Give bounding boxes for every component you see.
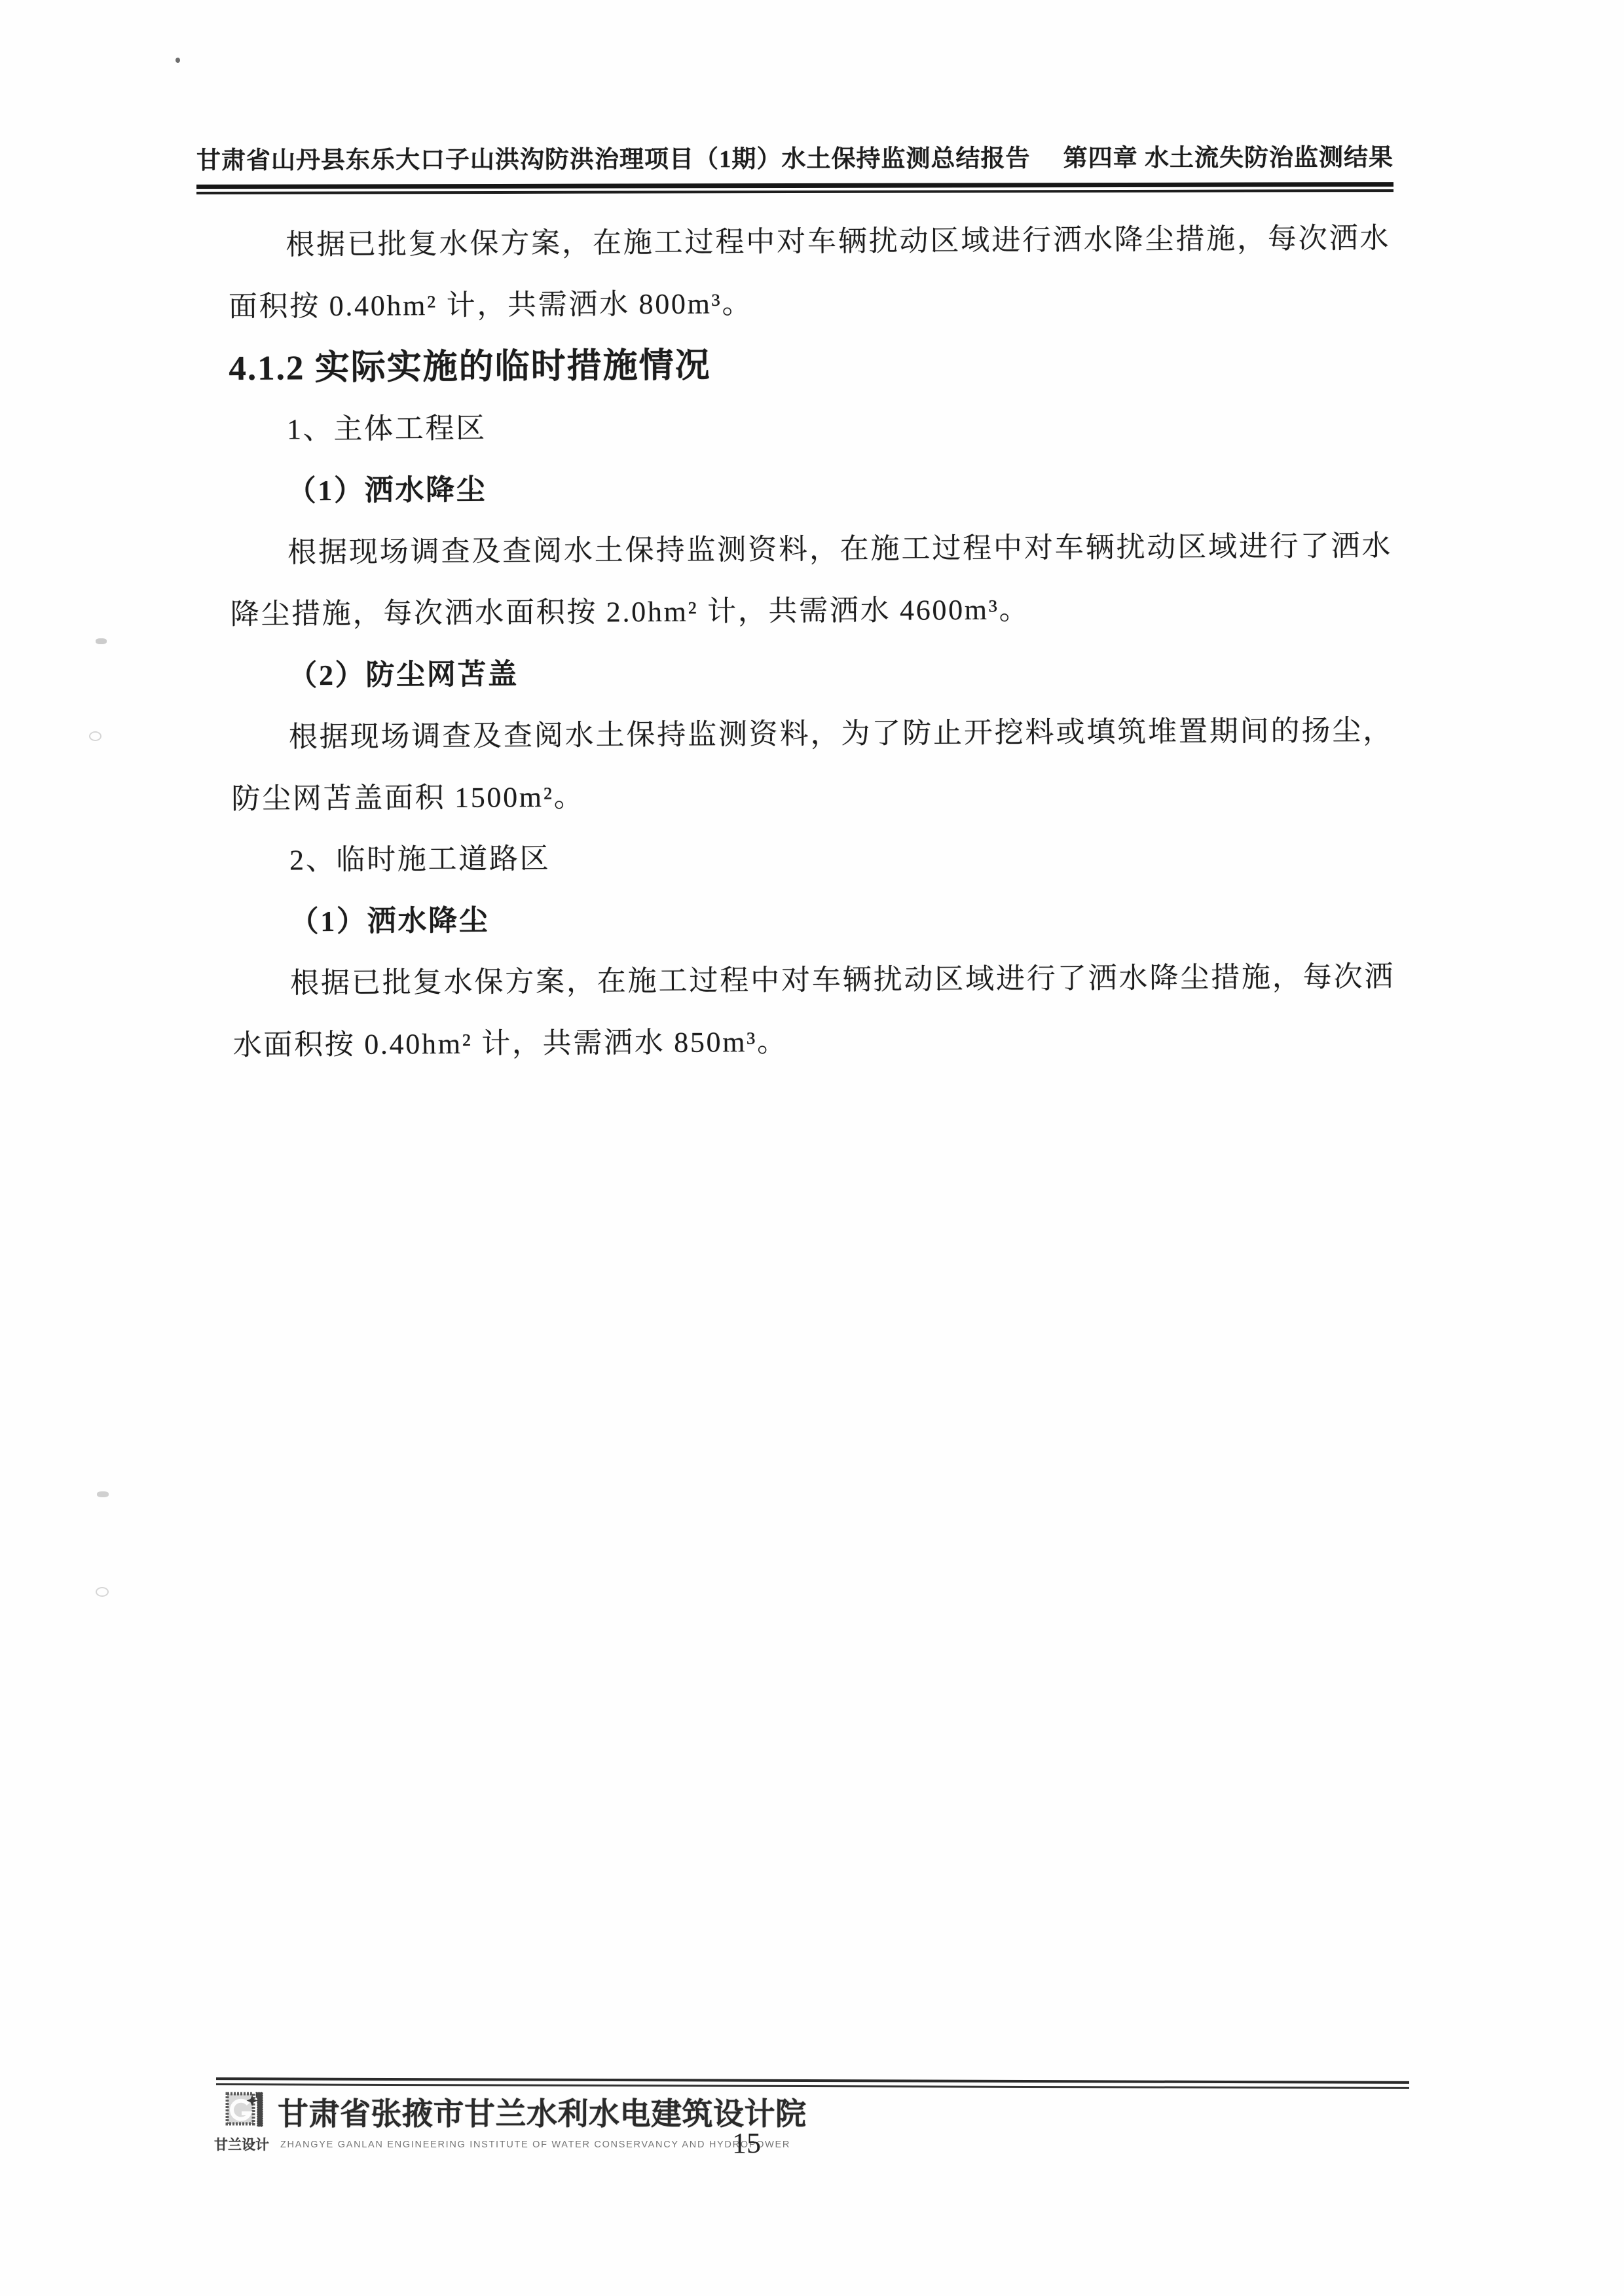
scan-speck: [175, 58, 180, 63]
list-item-main-project-area: 1、主体工程区: [229, 392, 1392, 461]
paragraph-approved-plan-850m3: 根据已批复水保方案，在施工过程中对车辆扰动区域进行了洒水降尘措施，每次洒水面积按…: [232, 946, 1395, 1076]
subheading-water-spray-1: （1）洒水降尘: [229, 454, 1392, 522]
header-chapter-title: 第四章 水土流失防治监测结果: [1063, 137, 1393, 173]
scan-speck: [97, 1491, 109, 1497]
ganlan-design-logo-icon: [218, 2091, 267, 2132]
header-divider-thin-line: [196, 189, 1393, 194]
footer-company-name: 甘肃省张掖市甘兰水利水电建筑设计院: [278, 2090, 807, 2134]
document-page: 甘肃省山丹县东乐大口子山洪沟防洪治理项目（1期）水土保持监测总结报告 第四章 水…: [0, 0, 1624, 2296]
document-body: 根据已批复水保方案，在施工过程中对车辆扰动区域进行洒水降尘措施，每次洒水面积按 …: [228, 208, 1395, 1076]
footer-divider: [216, 2077, 1409, 2089]
subheading-water-spray-2: （1）洒水降尘: [232, 884, 1395, 953]
scan-speck: [89, 731, 101, 741]
footer-logo-caption: 甘兰设计: [214, 2134, 272, 2154]
paragraph-site-survey-4600m3: 根据现场调查及查阅水土保持监测资料，在施工过程中对车辆扰动区域进行了洒水降尘措施…: [230, 515, 1393, 646]
section-heading-4-1-2: 4.1.2 实际实施的临时措施情况: [229, 331, 1392, 399]
page-header: 甘肃省山丹县东乐大口子山洪沟防洪治理项目（1期）水土保持监测总结报告 第四章 水…: [196, 137, 1393, 176]
paragraph-approved-plan-800m3: 根据已批复水保方案，在施工过程中对车辆扰动区域进行洒水降尘措施，每次洒水面积按 …: [228, 208, 1391, 338]
scan-speck: [96, 638, 107, 644]
footer-company-name-english: ZHANGYE GANLAN ENGINEERING INSTITUTE OF …: [280, 2140, 790, 2150]
header-report-title: 甘肃省山丹县东乐大口子山洪沟防洪治理项目（1期）水土保持监测总结报告: [196, 138, 1031, 175]
header-divider-thick-line: [196, 182, 1393, 189]
scan-speck: [96, 1587, 109, 1597]
paragraph-dust-net-1500m2: 根据现场调查及查阅水土保持监测资料，为了防止开挖料或填筑堆置期间的扬尘，防尘网苫…: [231, 700, 1394, 830]
page-number: 15: [732, 2126, 761, 2160]
header-divider: [196, 182, 1393, 194]
subheading-dust-net-cover: （2）防尘网苫盖: [231, 638, 1393, 707]
list-item-temp-road-area: 2、临时施工道路区: [232, 823, 1395, 892]
